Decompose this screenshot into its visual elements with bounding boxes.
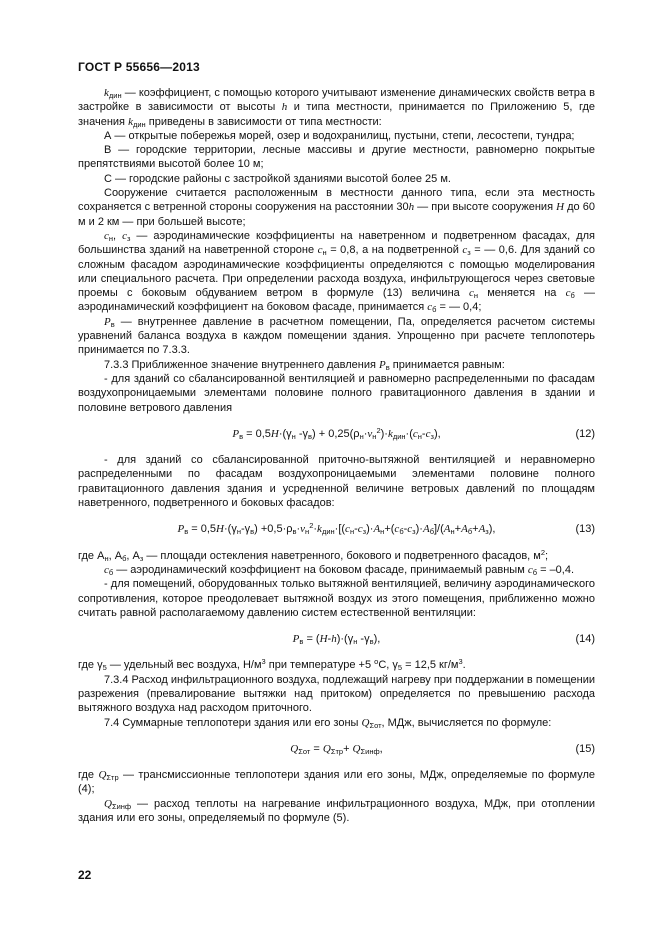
- paragraph: 7.4 Суммарные теплопотери здания или его…: [78, 716, 595, 730]
- formula-expression: Рв = (H-h)·(γн -γв),: [112, 632, 561, 646]
- document-page: ГОСТ Р 55656—2013 kдин — коэффициент, с …: [0, 0, 661, 936]
- paragraph: kдин — коэффициент, с помощью которого у…: [78, 86, 595, 129]
- paragraph: где QΣтр — трансмиссионные теплопотери з…: [78, 768, 595, 797]
- paragraph: 7.3.4 Расход инфильтрационного воздуха, …: [78, 673, 595, 716]
- formula-row: QΣот = QΣтр+ QΣинф,(15): [78, 742, 595, 756]
- paragraph: А — открытые побережья морей, озер и вод…: [78, 129, 595, 143]
- page-number: 22: [78, 868, 91, 882]
- formula-expression: Рв = 0,5Н·(γн-γв) +0,5·ρв·vн2·kдин·[(сн-…: [112, 522, 561, 536]
- paragraph: - для помещений, оборудованных только вы…: [78, 577, 595, 620]
- formula-number: (13): [561, 522, 595, 536]
- formula-row: Рв = 0,5Н·(γн -γв) + 0,25(ρн·vн2)·kдин·(…: [78, 427, 595, 441]
- paragraph: где Ан, Аб, Аз — площади остекления наве…: [78, 549, 595, 563]
- paragraph: 7.3.3 Приближенное значение внутреннего …: [78, 358, 595, 372]
- formula-row: Рв = 0,5Н·(γн-γв) +0,5·ρв·vн2·kдин·[(сн-…: [78, 522, 595, 536]
- paragraph: QΣинф — расход теплоты на нагревание инф…: [78, 797, 595, 826]
- formula-number: (14): [561, 632, 595, 646]
- paragraph: - для зданий со сбалансированной вентиля…: [78, 372, 595, 415]
- paragraph: сб — аэродинамический коэффициент на бок…: [78, 563, 595, 577]
- paragraph: Рв — внутреннее давление в расчетном пом…: [78, 315, 595, 358]
- formula-number: (15): [561, 742, 595, 756]
- paragraph: где γ5 — удельный вес воздуха, Н/м3 при …: [78, 658, 595, 672]
- paragraph: С — городские районы с застройкой здания…: [78, 172, 595, 186]
- formula-number: (12): [561, 427, 595, 441]
- formula-expression: Рв = 0,5Н·(γн -γв) + 0,25(ρн·vн2)·kдин·(…: [112, 427, 561, 441]
- formula-expression: QΣот = QΣтр+ QΣинф,: [112, 742, 561, 756]
- document-header: ГОСТ Р 55656—2013: [78, 60, 200, 74]
- paragraph: В — городские территории, лесные массивы…: [78, 143, 595, 172]
- paragraph: - для зданий со сбалансированной приточн…: [78, 453, 595, 510]
- paragraph: Сооружение считается расположенным в мес…: [78, 186, 595, 229]
- formula-row: Рв = (H-h)·(γн -γв),(14): [78, 632, 595, 646]
- document-body: kдин — коэффициент, с помощью которого у…: [78, 86, 595, 825]
- paragraph: сн, сз — аэродинамические коэффициенты н…: [78, 229, 595, 315]
